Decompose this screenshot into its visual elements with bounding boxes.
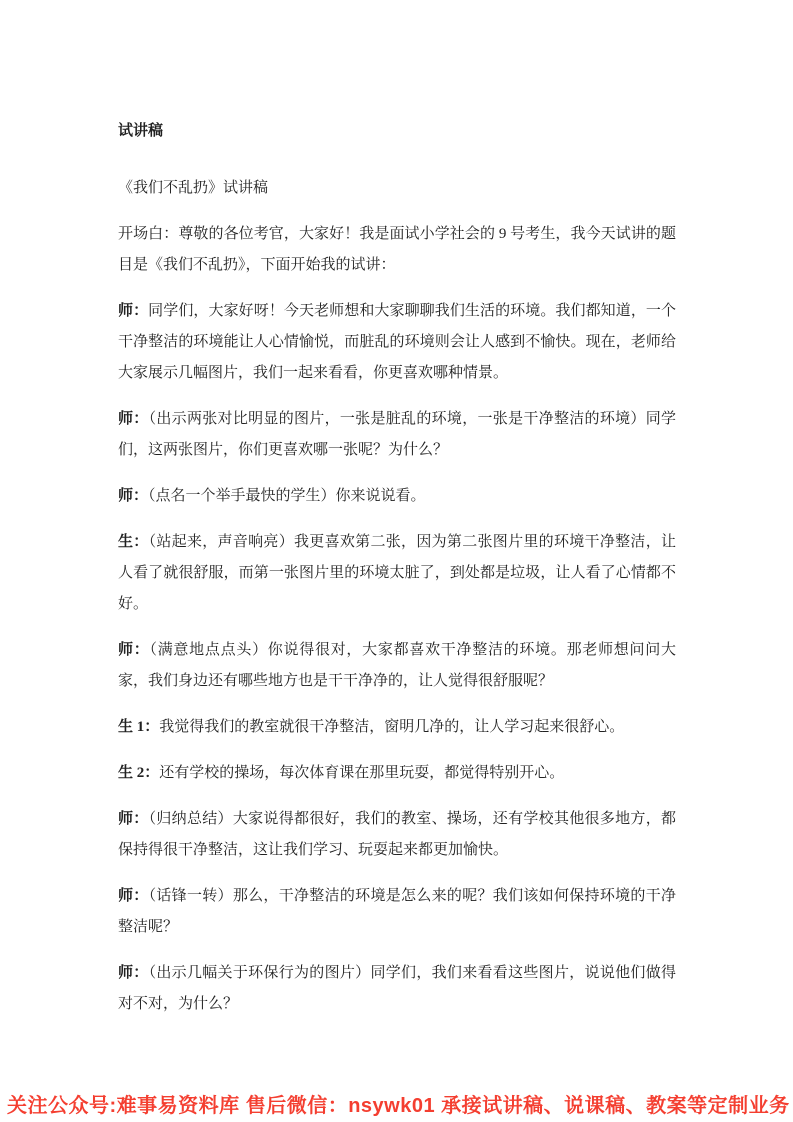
paragraph-text: 我觉得我们的教室就很干净整洁，窗明几净的，让人学习起来很舒心。 <box>159 719 624 735</box>
paragraph: 生 1：我觉得我们的教室就很干净整洁，窗明几净的，让人学习起来很舒心。 <box>118 712 676 743</box>
paragraph: 师：（话锋一转）那么，干净整洁的环境是怎么来的呢？我们该如何保持环境的干净整洁呢… <box>118 881 676 943</box>
paragraph: 师：（满意地点点头）你说得很对，大家都喜欢干净整洁的环境。那老师想问问大家，我们… <box>118 635 676 697</box>
paragraph-text: 同学们，大家好呀！今天老师想和大家聊聊我们生活的环境。我们都知道，一个干净整洁的… <box>118 303 676 381</box>
paragraph-text: 还有学校的操场，每次体育课在那里玩耍，都觉得特别开心。 <box>159 765 564 781</box>
document-subtitle: 《我们不乱扔》试讲稿 <box>118 173 676 204</box>
paragraph-text: （出示两张对比明显的图片，一张是脏乱的环境，一张是干净整洁的环境）同学们，这两张… <box>118 411 676 458</box>
paragraph: 师：（出示几幅关于环保行为的图片）同学们，我们来看看这些图片，说说他们做得对不对… <box>118 958 676 1020</box>
document-content: 试讲稿 《我们不乱扔》试讲稿 开场白：尊敬的各位考官，大家好！我是面试小学社会的… <box>0 0 793 1020</box>
paragraph: 师：（出示两张对比明显的图片，一张是脏乱的环境，一张是干净整洁的环境）同学们，这… <box>118 404 676 466</box>
paragraph: 师：同学们，大家好呀！今天老师想和大家聊聊我们生活的环境。我们都知道，一个干净整… <box>118 296 676 389</box>
paragraph-text: （站起来，声音响亮）我更喜欢第二张，因为第二张图片里的环境干净整洁，让人看了就很… <box>118 534 676 612</box>
document-title: 试讲稿 <box>118 116 676 147</box>
paragraph: 生：（站起来，声音响亮）我更喜欢第二张，因为第二张图片里的环境干净整洁，让人看了… <box>118 527 676 620</box>
paragraph-text: （出示几幅关于环保行为的图片）同学们，我们来看看这些图片，说说他们做得对不对，为… <box>118 965 676 1012</box>
speaker-label: 师： <box>118 642 149 658</box>
paragraph: 师：（点名一个举手最快的学生）你来说说看。 <box>118 481 676 512</box>
paragraph-text: （归纳总结）大家说得都很好，我们的教室、操场，还有学校其他很多地方，都保持得很干… <box>118 811 676 858</box>
paragraph-text: 开场白：尊敬的各位考官，大家好！我是面试小学社会的 9 号考生，我今天试讲的题目… <box>118 226 676 273</box>
paragraph-text: （点名一个举手最快的学生）你来说说看。 <box>148 488 426 504</box>
speaker-label: 师： <box>118 888 149 904</box>
paragraph-text: （满意地点点头）你说得很对，大家都喜欢干净整洁的环境。那老师想问问大家，我们身边… <box>118 642 676 689</box>
speaker-label: 生： <box>118 534 149 550</box>
paragraph: 开场白：尊敬的各位考官，大家好！我是面试小学社会的 9 号考生，我今天试讲的题目… <box>118 219 676 281</box>
speaker-label: 师： <box>118 303 148 319</box>
footer-banner: 关注公众号:难事易资料库 售后微信：nsywk01 承接试讲稿、说课稿、教案等定… <box>0 1084 793 1122</box>
speaker-label: 师： <box>118 411 149 427</box>
document-page: 试讲稿 《我们不乱扔》试讲稿 开场白：尊敬的各位考官，大家好！我是面试小学社会的… <box>0 0 793 1122</box>
speaker-label: 师： <box>118 488 148 504</box>
footer-promo-text: 关注公众号:难事易资料库 售后微信：nsywk01 承接试讲稿、说课稿、教案等定… <box>7 1089 790 1118</box>
speaker-label: 生 1： <box>118 719 159 735</box>
paragraph: 师：（归纳总结）大家说得都很好，我们的教室、操场，还有学校其他很多地方，都保持得… <box>118 804 676 866</box>
speaker-label: 生 2： <box>118 765 159 781</box>
paragraph-text: （话锋一转）那么，干净整洁的环境是怎么来的呢？我们该如何保持环境的干净整洁呢？ <box>118 888 676 935</box>
paragraph-list: 开场白：尊敬的各位考官，大家好！我是面试小学社会的 9 号考生，我今天试讲的题目… <box>118 219 676 1020</box>
paragraph: 生 2：还有学校的操场，每次体育课在那里玩耍，都觉得特别开心。 <box>118 758 676 789</box>
speaker-label: 师： <box>118 965 149 981</box>
speaker-label: 师： <box>118 811 149 827</box>
